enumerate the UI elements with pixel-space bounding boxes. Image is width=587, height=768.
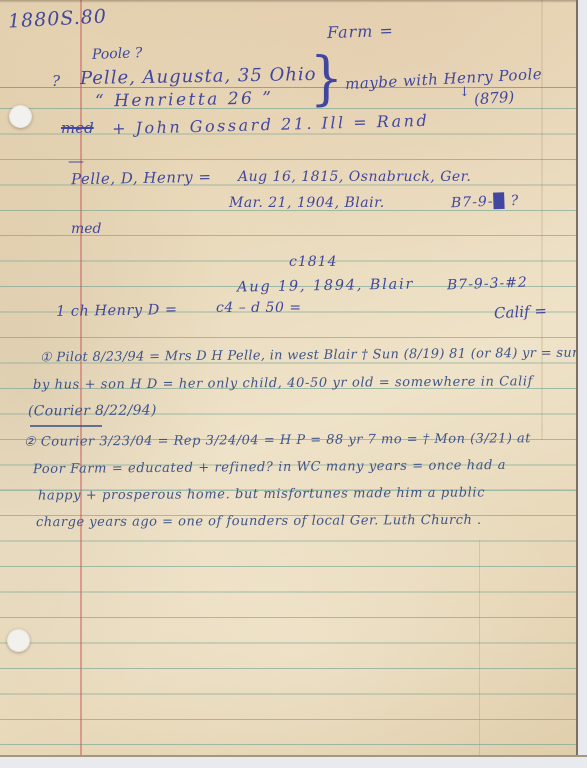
underline-stroke xyxy=(30,425,102,427)
punch-hole-top xyxy=(9,105,32,128)
cemetery-plot-ref-2: B7-9-3-#2 xyxy=(447,275,528,295)
spouse-circa-birth: c1814 xyxy=(289,254,337,271)
child-entry: 1 ch Henry D = xyxy=(56,302,178,322)
punch-hole-bottom xyxy=(7,629,30,652)
cemetery-plot-ref-1: B7-9-█ ? xyxy=(451,193,520,212)
birth-date-place: Aug 16, 1815, Osnabruck, Ger. xyxy=(238,169,471,186)
child-dates: c4 – d 50 = xyxy=(216,300,302,317)
separator-dash: — xyxy=(68,151,84,170)
query-mark: ? xyxy=(52,72,60,90)
child-place: Calif = xyxy=(494,302,548,323)
struck-word-med: med xyxy=(61,119,94,137)
scanned-notebook-page: 1880S.80 Farm = Poole ? ? Pelle, Augusta… xyxy=(0,0,587,768)
census-entry-henrietta: “ Henrietta 26 ” xyxy=(95,88,274,112)
down-arrow-mark: ↓ xyxy=(459,85,470,101)
spouse-death-date: Aug 19, 1894, Blair xyxy=(237,276,414,296)
census-entry-augusta: Pelle, Augusta, 35 Ohio xyxy=(80,64,317,90)
alt-surname-note: Poole ? xyxy=(92,45,143,64)
death-date-place: Mar. 21, 1904, Blair. xyxy=(229,195,385,212)
scan-edge-right xyxy=(576,0,587,768)
note2-line3: happy + prosperous home. but misfortunes… xyxy=(38,485,485,504)
individual-name: Pelle, D, Henry = xyxy=(71,168,212,188)
reference-number: (879) xyxy=(473,88,515,109)
note2-line4: charge years ago = one of founders of lo… xyxy=(36,513,482,531)
header-annotation: Farm = xyxy=(327,21,395,43)
scan-edge-top xyxy=(0,0,587,3)
grouping-brace: } xyxy=(310,51,343,106)
note1-source: (Courier 8/22/94) xyxy=(28,403,157,421)
scan-edge-bottom xyxy=(0,755,587,768)
word-med: med xyxy=(71,221,102,238)
faint-right-rule xyxy=(479,540,480,756)
